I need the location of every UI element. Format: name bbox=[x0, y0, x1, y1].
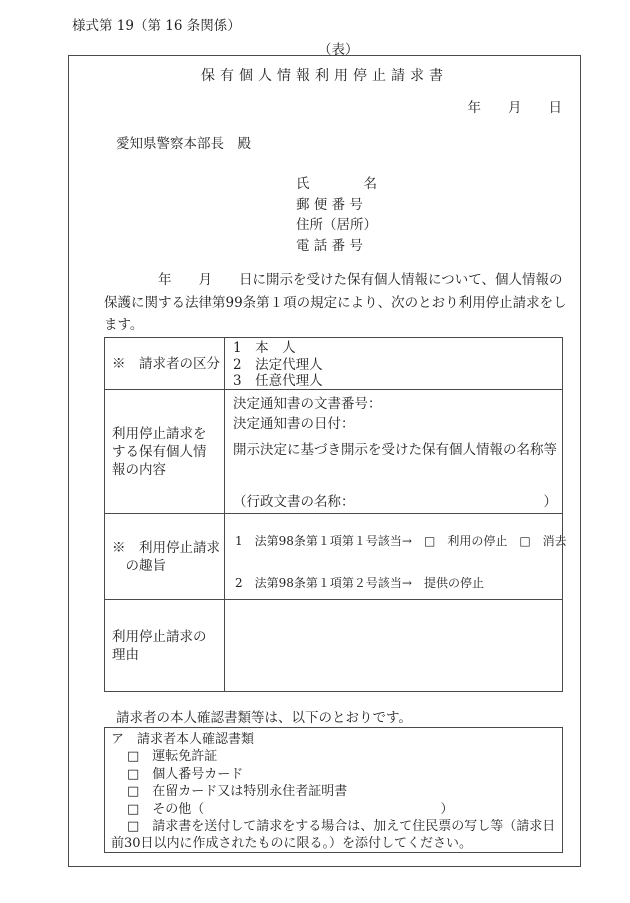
checkbox-drivers-license[interactable]: □ bbox=[127, 748, 139, 765]
my-number-card-label: 個人番号カード bbox=[152, 766, 243, 783]
checkbox-item-other: □ その他（ ） bbox=[127, 801, 556, 818]
mail-request-label-line1: 請求書を送付して請求をする場合は、加えて住民票の写し等（請求日 bbox=[152, 818, 555, 835]
form-number: 様式第 19（第 16 条関係） bbox=[72, 14, 241, 34]
other-fill-in-space bbox=[217, 801, 427, 818]
request-statement-line1: 年 月 日に開示を受けた保有個人情報について、個人情報の bbox=[104, 269, 567, 292]
checkbox-mail-request[interactable]: □ bbox=[127, 818, 139, 835]
other-label: その他（ bbox=[152, 801, 204, 818]
identity-documents-box: ア 請求者本人確認書類 □ 運転免許証 □ 個人番号カード □ 在留カード又は特… bbox=[104, 727, 563, 853]
requester-category-options: 1 本 人 2 法定代理人 3 任意代理人 bbox=[225, 338, 562, 389]
row-information-content: 利用停止請求をする保有個人情報の内容 決定通知書の文書番号： 決定通知書の日付：… bbox=[105, 389, 562, 513]
option-legal-representative: 2 法定代理人 bbox=[233, 357, 554, 374]
checkbox-my-number-card[interactable]: □ bbox=[127, 766, 139, 783]
checkbox-other[interactable]: □ bbox=[127, 801, 139, 818]
document-title: 保有個人情報利用停止請求書 bbox=[69, 65, 580, 85]
decision-notice-number-label: 決定通知書の文書番号： bbox=[233, 394, 557, 414]
administrative-document-name-close: ） bbox=[544, 492, 558, 512]
administrative-document-name-line: （行政文書の名称： ） bbox=[233, 492, 557, 512]
address-field-label: 住所（居所） bbox=[296, 215, 377, 236]
checkbox-item-residence-card: □ 在留カード又は特別永住者証明書 bbox=[127, 783, 556, 800]
checkbox-item-my-number-card: □ 個人番号カード bbox=[127, 766, 556, 783]
identity-documents-section-label: ア 請求者本人確認書類 bbox=[111, 731, 556, 748]
mail-request-label-line2: 前30日以内に作成されたものに限る。）を添付してください。 bbox=[111, 835, 556, 852]
other-label-close: ） bbox=[440, 801, 453, 818]
request-details-table: ※ 請求者の区分 1 本 人 2 法定代理人 3 任意代理人 利用停止請求をする… bbox=[104, 337, 563, 692]
verification-intro: 請求者の本人確認書類等は、以下のとおりです。 bbox=[116, 706, 412, 726]
request-statement: 年 月 日に開示を受けた保有個人情報について、個人情報の 保護に関する法律第99… bbox=[104, 269, 567, 337]
purpose-item-2: 2 法第98条第１項第２号該当→ 提供の停止 bbox=[235, 574, 567, 591]
request-reason-label: 利用停止請求の理由 bbox=[105, 600, 225, 691]
administrative-document-name-open: （行政文書の名称： bbox=[233, 492, 355, 512]
purpose-item-1: 1 法第98条第１項第１号該当→ □ 利用の停止 □ 消去 bbox=[235, 532, 567, 549]
requester-category-label: ※ 請求者の区分 bbox=[105, 338, 225, 389]
checkbox-residence-card[interactable]: □ bbox=[127, 783, 139, 800]
date-line: 年 月 日 bbox=[468, 96, 563, 116]
checkbox-erasure[interactable]: □ bbox=[519, 534, 530, 548]
request-purpose-cell: 1 法第98条第１項第１号該当→ □ 利用の停止 □ 消去 2 法第98条第１項… bbox=[225, 514, 575, 599]
form-outer-border: 保有個人情報利用停止請求書 年 月 日 愛知県警察本部長 殿 氏 名 郵 便 番… bbox=[68, 55, 581, 867]
name-field-label: 氏 名 bbox=[296, 174, 377, 195]
stop-use-option-label: 利用の停止 bbox=[447, 532, 507, 549]
form-page: 様式第 19（第 16 条関係） （表） 保有個人情報利用停止請求書 年 月 日… bbox=[0, 0, 630, 903]
checkbox-stop-use[interactable]: □ bbox=[424, 534, 435, 548]
request-purpose-label: ※ 利用停止請求 の趣旨 bbox=[105, 514, 225, 599]
information-content-label: 利用停止請求をする保有個人情報の内容 bbox=[105, 390, 225, 513]
row-requester-category: ※ 請求者の区分 1 本 人 2 法定代理人 3 任意代理人 bbox=[105, 338, 562, 389]
purpose-item-1-clause: 1 法第98条第１項第１号該当→ bbox=[235, 532, 412, 549]
option-voluntary-representative: 3 任意代理人 bbox=[233, 373, 554, 390]
applicant-fields: 氏 名 郵 便 番 号 住所（居所） 電 話 番 号 bbox=[296, 174, 377, 256]
decision-notice-date-label: 決定通知書の日付： bbox=[233, 414, 557, 434]
request-reason-cell bbox=[225, 600, 562, 691]
option-self: 1 本 人 bbox=[233, 340, 554, 357]
request-statement-line2: 保護に関する法律第99条第１項の規定により、次のとおり利用停止請求をし bbox=[104, 292, 567, 315]
addressee: 愛知県警察本部長 殿 bbox=[116, 132, 251, 152]
drivers-license-label: 運転免許証 bbox=[152, 748, 217, 765]
row-request-purpose: ※ 利用停止請求 の趣旨 1 法第98条第１項第１号該当→ □ 利用の停止 □ … bbox=[105, 513, 562, 599]
checkbox-item-drivers-license: □ 運転免許証 bbox=[127, 748, 556, 765]
postal-code-field-label: 郵 便 番 号 bbox=[296, 195, 377, 216]
residence-card-label: 在留カード又は特別永住者証明書 bbox=[152, 783, 347, 800]
disclosed-information-name-label: 開示決定に基づき開示を受けた保有個人情報の名称等 bbox=[233, 440, 557, 460]
information-content-cell: 決定通知書の文書番号： 決定通知書の日付： 開示決定に基づき開示を受けた保有個人… bbox=[225, 390, 565, 513]
phone-field-label: 電 話 番 号 bbox=[296, 236, 377, 257]
row-request-reason: 利用停止請求の理由 bbox=[105, 599, 562, 691]
request-statement-line3: ます。 bbox=[104, 314, 567, 337]
erasure-option-label: 消去 bbox=[543, 532, 567, 549]
checkbox-item-mail-request: □ 請求書を送付して請求をする場合は、加えて住民票の写し等（請求日 bbox=[127, 818, 556, 835]
